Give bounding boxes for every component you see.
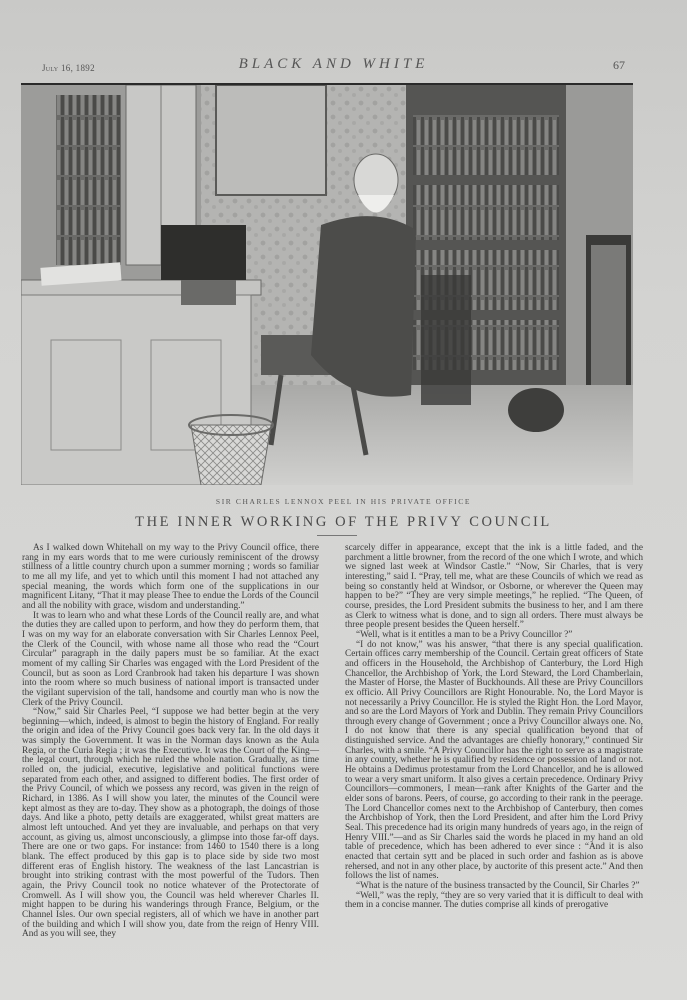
- office-illustration: [21, 83, 633, 485]
- illustration-caption: SIR CHARLES LENNOX PEEL IN HIS PRIVATE O…: [0, 497, 687, 506]
- paragraph: It was to learn who and what these Lords…: [22, 612, 319, 709]
- publication-title: BLACK AND WHITE: [42, 56, 625, 73]
- paragraph: scarcely differ in appearance, except th…: [345, 544, 643, 631]
- paragraph: “Now,” said Sir Charles Peel, “I suppose…: [22, 708, 319, 940]
- headline-rule: [317, 535, 357, 536]
- paragraph: “I do not know,” was his answer, “that t…: [345, 641, 643, 882]
- paragraph: “Well,” was the reply, “they are so very…: [345, 892, 643, 911]
- article-column-right: scarcely differ in appearance, except th…: [345, 544, 643, 911]
- newspaper-page: July 16, 1892 BLACK AND WHITE 67: [0, 0, 687, 1000]
- engraving-image: [21, 85, 633, 485]
- article-column-left: As I walked down Whitehall on my way to …: [22, 544, 319, 940]
- paragraph: As I walked down Whitehall on my way to …: [22, 544, 319, 612]
- article-headline: THE INNER WORKING OF THE PRIVY COUNCIL: [0, 514, 687, 531]
- page-number: 67: [613, 58, 625, 73]
- running-head: July 16, 1892 BLACK AND WHITE 67: [42, 56, 625, 76]
